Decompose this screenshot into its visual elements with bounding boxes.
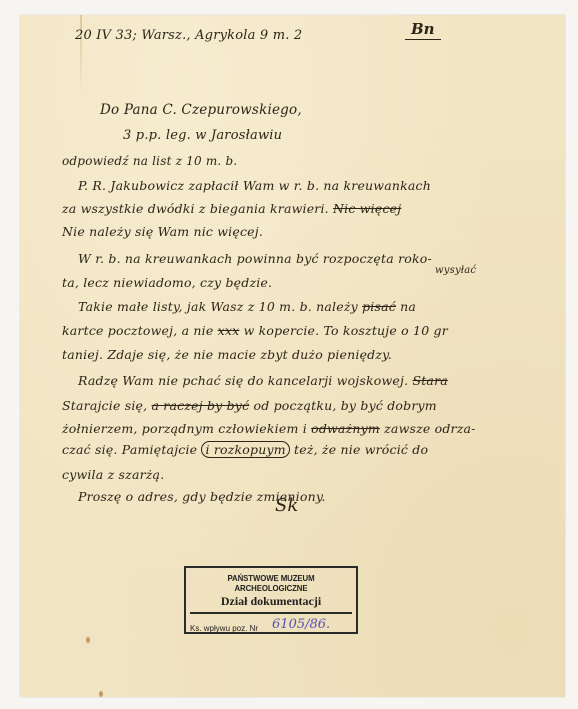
stamp-department: Dział dokumentacji bbox=[186, 594, 356, 609]
body-line-10-text-after: od początku, by być dobrym bbox=[253, 398, 436, 413]
museum-stamp: PAŃSTWOWE MUZEUM ARCHEOLOGICZNE Dział do… bbox=[184, 566, 358, 634]
body-line-1: P. R. Jakubowicz zapłacił Wam w r. b. na… bbox=[78, 178, 431, 193]
letter-date-address: 20 IV 33; Warsz., Agrykola 9 m. 2 bbox=[75, 28, 302, 43]
body-line-6: Takie małe listy, jak Wasz z 10 m. b. na… bbox=[78, 299, 416, 314]
letter-page: 20 IV 33; Warsz., Agrykola 9 m. 2 Bn Do … bbox=[20, 15, 565, 697]
stamp-divider bbox=[190, 612, 352, 614]
signature: Sk bbox=[275, 495, 298, 516]
body-line-7-text-after: w kopercie. To kosztuje o 10 gr bbox=[244, 323, 448, 338]
body-line-9-text: Radzę Wam nie pchać się do kancelarji wo… bbox=[78, 373, 408, 388]
body-line-3: Nie należy się Wam nic więcej. bbox=[62, 224, 263, 239]
paper-stain bbox=[99, 691, 103, 697]
body-line-11: żołnierzem, porządnym człowiekiem i odwa… bbox=[62, 421, 476, 436]
body-line-5: ta, lecz niewiadomo, czy będzie. bbox=[62, 275, 272, 290]
stamp-registry-number: 6105/86. bbox=[262, 618, 350, 633]
struck-text: Nic więcej bbox=[333, 201, 401, 216]
body-line-12: czać się. Pamiętajcie i rozkopuym też, ż… bbox=[62, 442, 428, 457]
body-line-7-text: kartce pocztowej, a nie bbox=[62, 323, 213, 338]
author-initials: Bn bbox=[405, 20, 441, 40]
body-line-12-text-after: też, że nie wrócić do bbox=[294, 442, 428, 457]
stamp-registry-label: Ks. wpływu poz. Nr bbox=[190, 624, 258, 633]
body-line-9: Radzę Wam nie pchać się do kancelarji wo… bbox=[78, 373, 448, 388]
stamp-registry-row: Ks. wpływu poz. Nr 6105/86. bbox=[186, 618, 356, 633]
body-line-6-text: Takie małe listy, jak Wasz z 10 m. b. na… bbox=[78, 299, 358, 314]
recipient-line-1: Do Pana C. Czepurowskiego, bbox=[100, 102, 302, 118]
body-line-4: W r. b. na kreuwankach powinna być rozpo… bbox=[78, 251, 432, 266]
paper-fold-crease bbox=[80, 15, 82, 95]
struck-text: Stara bbox=[412, 373, 447, 388]
struck-text: a raczej by być bbox=[151, 398, 249, 413]
struck-text: pisać bbox=[362, 299, 396, 314]
paper-stain bbox=[86, 637, 90, 643]
circled-text: i rozkopuym bbox=[201, 441, 289, 458]
body-line-2: za wszystkie dwódki z biegania krawieri.… bbox=[62, 201, 401, 216]
body-line-8: taniej. Zdaje się, że nie macie zbyt duż… bbox=[62, 347, 392, 362]
struck-text: xxx bbox=[218, 323, 240, 338]
body-line-2-text: za wszystkie dwódki z biegania krawieri. bbox=[62, 201, 329, 216]
body-line-12-text: czać się. Pamiętajcie bbox=[62, 442, 197, 457]
inserted-word: wysyłać bbox=[435, 265, 476, 276]
body-line-13: cywila z szarżą. bbox=[62, 467, 164, 482]
body-line-10: Starajcie się, a raczej by być od począt… bbox=[62, 398, 437, 413]
body-line-11-text-after: zawsze odrza- bbox=[384, 421, 475, 436]
body-line-6-text-after: na bbox=[400, 299, 416, 314]
recipient-line-3: odpowiedź na list z 10 m. b. bbox=[62, 154, 237, 168]
stamp-institution: PAŃSTWOWE MUZEUM ARCHEOLOGICZNE bbox=[193, 573, 349, 593]
recipient-line-2: 3 p.p. leg. w Jarosławiu bbox=[123, 128, 282, 143]
struck-text: odważnym bbox=[311, 421, 380, 436]
body-line-11-text: żołnierzem, porządnym człowiekiem i bbox=[62, 421, 307, 436]
body-line-7: kartce pocztowej, a nie xxx w kopercie. … bbox=[62, 323, 448, 338]
body-line-10-text: Starajcie się, bbox=[62, 398, 147, 413]
